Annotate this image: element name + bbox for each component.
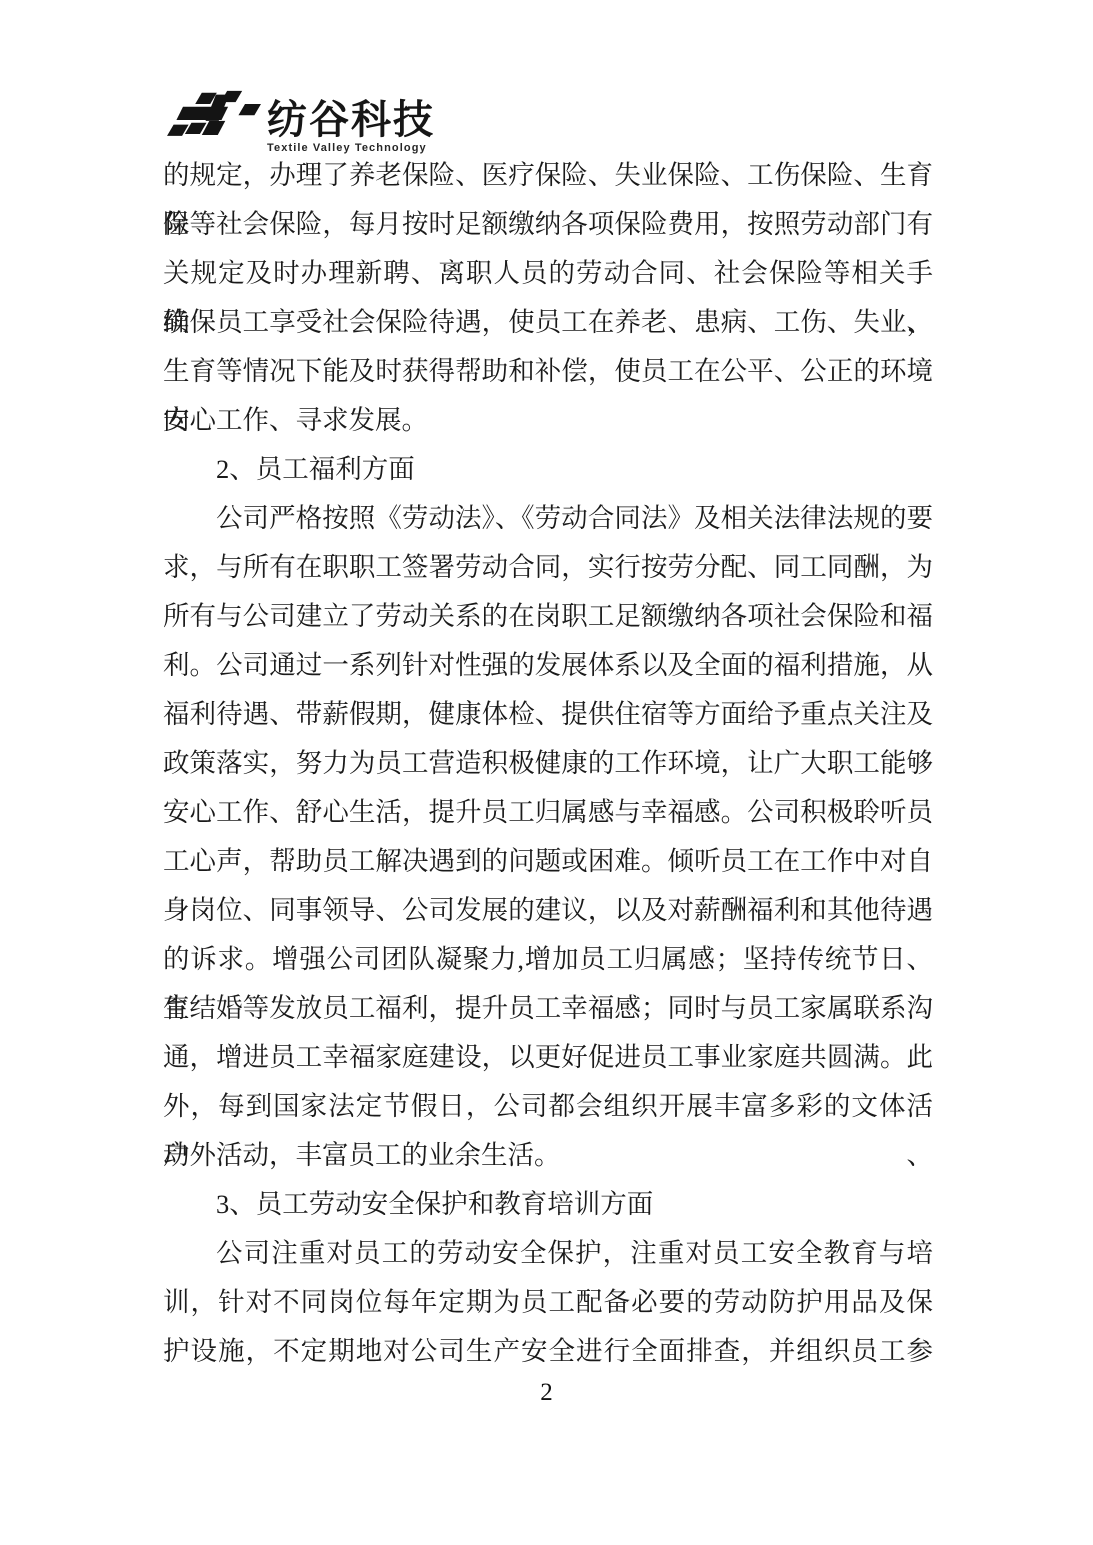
section-heading-3: 3、员工劳动安全保护和教育培训方面: [163, 1180, 933, 1229]
text-line: 政策落实，努力为员工营造积极健康的工作环境，让广大职工能够: [163, 739, 933, 788]
text-line: 生育等情况下能及时获得帮助和补偿，使员工在公平、公正的环境内: [163, 347, 933, 396]
text-line: 确保员工享受社会保险待遇，使员工在养老、患病、工伤、失业、: [163, 298, 933, 347]
text-line: 安心工作、寻求发展。: [163, 396, 933, 445]
text-line: 公司注重对员工的劳动安全保护，注重对员工安全教育与培: [163, 1229, 933, 1278]
section-heading-2: 2、员工福利方面: [163, 445, 933, 494]
document-page: 纺谷科技 Textile Valley Technology 的规定，办理了养老…: [0, 0, 1093, 1545]
page-number: 2: [0, 1379, 1093, 1407]
text-line: 身岗位、同事领导、公司发展的建议，以及对薪酬福利和其他待遇: [163, 886, 933, 935]
company-logo: 纺谷科技 Textile Valley Technology: [166, 88, 435, 154]
text-line: 的规定，办理了养老保险、医疗保险、失业保险、工伤保险、生育保: [163, 151, 933, 200]
text-line: 育结婚等发放员工福利，提升员工幸福感；同时与员工家属联系沟: [163, 984, 933, 1033]
text-line: 险等社会保险，每月按时足额缴纳各项保险费用，按照劳动部门有: [163, 200, 933, 249]
text-line: 安心工作、舒心生活，提升员工归属感与幸福感。公司积极聆听员: [163, 788, 933, 837]
text-line: 公司严格按照《劳动法》、《劳动合同法》及相关法律法规的要: [163, 494, 933, 543]
text-line: 通，增进员工幸福家庭建设，以更好促进员工事业家庭共圆满。此: [163, 1033, 933, 1082]
text-line: 工心声，帮助员工解决遇到的问题或困难。倾听员工在工作中对自: [163, 837, 933, 886]
text-line: 外，每到国家法定节假日，公司都会组织开展丰富多彩的文体活动、: [163, 1082, 933, 1131]
text-line: 所有与公司建立了劳动关系的在岗职工足额缴纳各项社会保险和福: [163, 592, 933, 641]
text-line: 护设施，不定期地对公司生产安全进行全面排查，并组织员工参: [163, 1327, 933, 1376]
checkered-flag-mark-icon: [166, 88, 262, 150]
text-line: 的诉求。增强公司团队凝聚力,增加员工归属感；坚持传统节日、生: [163, 935, 933, 984]
document-body: 的规定，办理了养老保险、医疗保险、失业保险、工伤保险、生育保 险等社会保险，每月…: [163, 151, 933, 1376]
text-line: 关规定及时办理新聘、离职人员的劳动合同、社会保险等相关手续，: [163, 249, 933, 298]
text-line: 福利待遇、带薪假期，健康体检、提供住宿等方面给予重点关注及: [163, 690, 933, 739]
text-line: 利。公司通过一系列针对性强的发展体系以及全面的福利措施，从: [163, 641, 933, 690]
logo-text-block: 纺谷科技 Textile Valley Technology: [267, 100, 435, 154]
text-line: 求，与所有在职职工签署劳动合同，实行按劳分配、同工同酬，为: [163, 543, 933, 592]
logo-company-name: 纺谷科技: [267, 100, 435, 140]
text-line: 训，针对不同岗位每年定期为员工配备必要的劳动防护用品及保: [163, 1278, 933, 1327]
